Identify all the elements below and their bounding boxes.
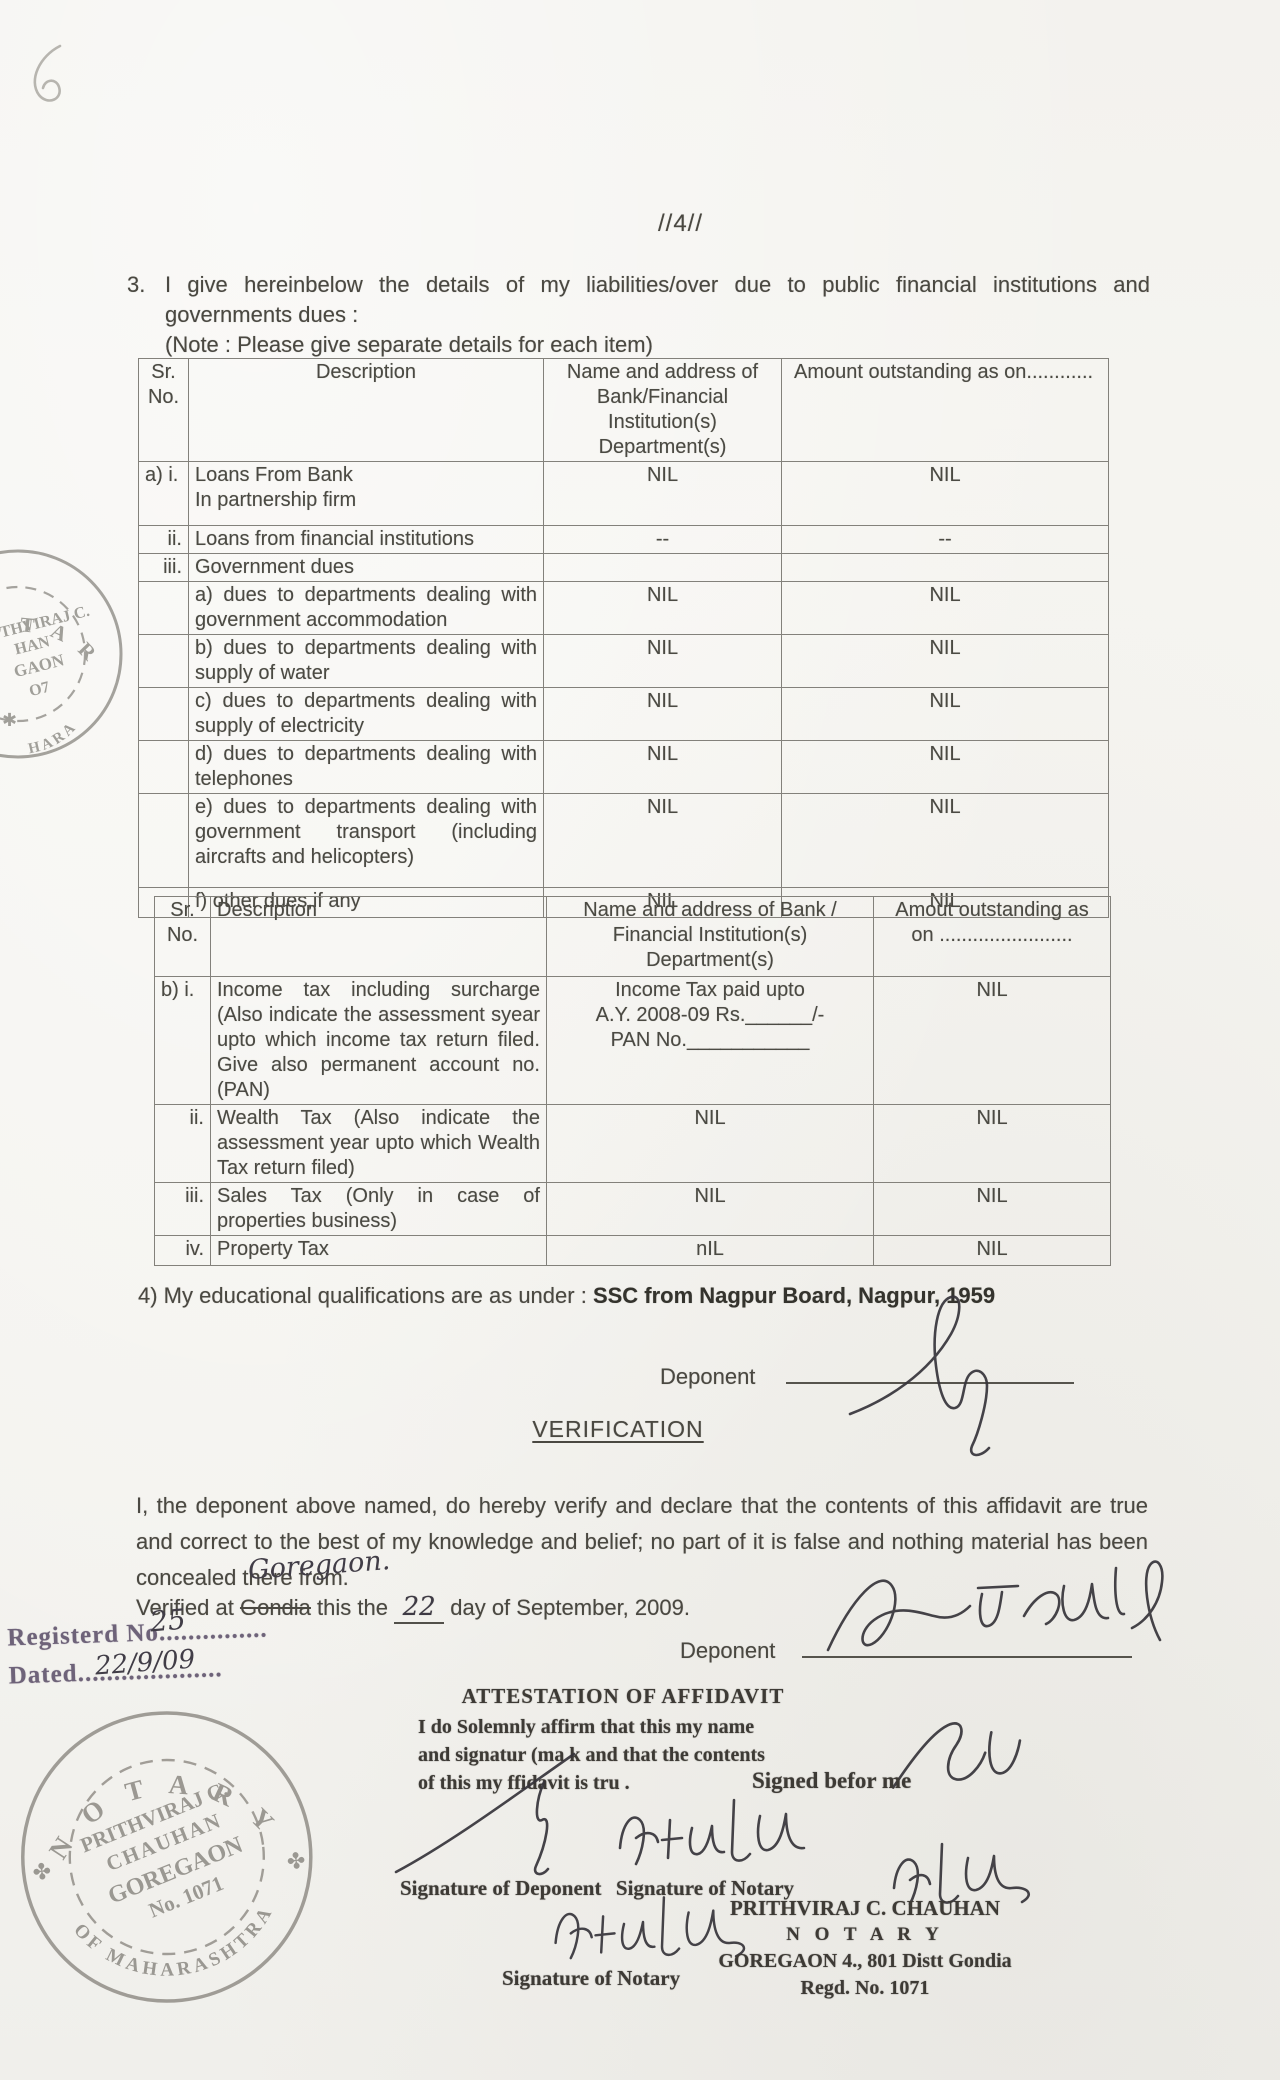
cell-description: Property Tax <box>211 1236 547 1266</box>
cell-amount: NIL <box>782 688 1109 741</box>
cell-amount <box>782 554 1109 582</box>
pencil-mark <box>14 38 84 108</box>
cell-amount: NIL <box>782 462 1109 526</box>
asterisk-icon: ✱ <box>2 710 17 730</box>
partial-notary-stamp: N O T A R Y HARA ✱ THVIRAJ C. HAN GAON O… <box>0 542 150 777</box>
header-amount: Amout outstanding as on ................… <box>874 897 1111 977</box>
cell-amount: NIL <box>782 741 1109 794</box>
cell-description: Sales Tax (Only in case of properties bu… <box>211 1183 547 1236</box>
table-row: b) i. Income tax including surcharge (Al… <box>155 977 1111 1105</box>
notary-regd-no: Regd. No. 1071 <box>720 1977 1010 2000</box>
notary-name: PRITHVIRAJ C. CHAUHAN <box>720 1896 1010 1921</box>
header-bank-name: Name and address of Bank / Financial Ins… <box>547 897 874 977</box>
table-row: a) i. Loans From Bank In partnership fir… <box>139 462 1109 526</box>
section-4-text: 4) My educational qualifications are as … <box>138 1283 587 1308</box>
header-sr-no: Sr. No. <box>155 897 211 977</box>
cell-description: Government dues <box>189 554 544 582</box>
verified-suffix: day of September, 2009. <box>450 1595 690 1620</box>
clover-icon: ✤ <box>31 1858 52 1885</box>
cell-bank: NIL <box>547 1105 874 1183</box>
tax-dues-table: Sr. No. Description Name and address of … <box>154 896 1111 1266</box>
attestation-line-1: I do Solemnly affirm that this my name <box>418 1713 828 1741</box>
cell-sr: b) i. <box>155 977 211 1105</box>
header-description: Description <box>189 359 544 462</box>
cell-description: a) dues to departments dealing with gove… <box>189 582 544 635</box>
liabilities-table: Sr. No. Description Name and address of … <box>138 358 1109 918</box>
attestation-title: ATTESTATION OF AFFIDAVIT <box>418 1684 828 1709</box>
affidavit-page: //4// 3. I give hereinbelow the details … <box>0 0 1280 2080</box>
deponent-signature <box>832 1282 1062 1467</box>
table-row: iv. Property Tax nIL NIL <box>155 1236 1111 1266</box>
cell-description: c) dues to departments dealing with supp… <box>189 688 544 741</box>
cell-amount: -- <box>782 526 1109 554</box>
cell-amount: NIL <box>874 977 1111 1105</box>
cell-amount: NIL <box>874 1105 1111 1183</box>
table-row: c) dues to departments dealing with supp… <box>139 688 1109 741</box>
table-row: b) dues to departments dealing with supp… <box>139 635 1109 688</box>
notary-round-stamp: N O T A R Y OF MAHARASHTRA ✤ ✤ PRITHVIRA… <box>0 1678 348 2041</box>
cell-sr: a) i. <box>139 462 189 526</box>
cell-bank: NIL <box>544 794 782 888</box>
cell-amount: NIL <box>782 635 1109 688</box>
verification-title: VERIFICATION <box>468 1416 768 1443</box>
page-number: //4// <box>658 210 703 238</box>
handwritten-day: 22 <box>394 1592 444 1624</box>
registered-no-label: Registerd No............... <box>7 1615 268 1652</box>
cell-bank <box>544 554 782 582</box>
header-description: Description <box>211 897 547 977</box>
notary-address: GOREGAON 4., 801 Distt Gondia <box>700 1950 1030 1973</box>
header-amount: Amount outstanding as on............ <box>782 359 1109 462</box>
cell-bank: NIL <box>544 688 782 741</box>
section-3-number: 3. <box>127 270 165 360</box>
table-row: iii. Government dues <box>139 554 1109 582</box>
cell-amount: NIL <box>874 1236 1111 1266</box>
table-row: ii. Wealth Tax (Also indicate the assess… <box>155 1105 1111 1183</box>
cell-description: Loans from financial institutions <box>189 526 544 554</box>
signature-of-notary-label-2: Signature of Notary <box>502 1966 680 1991</box>
cell-bank: NIL <box>547 1183 874 1236</box>
cell-description: d) dues to departments dealing with tele… <box>189 741 544 794</box>
cell-bank: NIL <box>544 462 782 526</box>
cell-bank: Income Tax paid upto A.Y. 2008-09 Rs.___… <box>547 977 874 1105</box>
cell-description: b) dues to departments dealing with supp… <box>189 635 544 688</box>
section-3: 3. I give hereinbelow the details of my … <box>127 270 1152 360</box>
cell-bank: NIL <box>544 582 782 635</box>
stamp-regno-fragment: O7 <box>27 679 51 700</box>
cell-description: Loans From Bank In partnership firm <box>189 462 544 526</box>
cell-bank: -- <box>544 526 782 554</box>
header-sr-no: Sr. No. <box>139 359 189 462</box>
cell-description: Income tax including surcharge (Also ind… <box>211 977 547 1105</box>
cell-sr: ii. <box>155 1105 211 1183</box>
cell-description: Wealth Tax (Also indicate the assessment… <box>211 1105 547 1183</box>
deponent-attestation-signature <box>392 1748 607 1883</box>
header-bank-name: Name and address of Bank/Financial Insti… <box>544 359 782 462</box>
deponent-label: Deponent <box>660 1364 755 1389</box>
cell-amount: NIL <box>874 1183 1111 1236</box>
notary-title: N O T A R Y <box>720 1924 1010 1946</box>
cell-bank: NIL <box>544 741 782 794</box>
table-row: iii. Sales Tax (Only in case of properti… <box>155 1183 1111 1236</box>
cell-description: e) dues to departments dealing with gove… <box>189 794 544 888</box>
clover-icon: ✤ <box>286 1848 307 1875</box>
cell-amount: NIL <box>782 582 1109 635</box>
handwritten-registered-no: 25 <box>149 1603 187 1639</box>
cell-sr: iii. <box>155 1183 211 1236</box>
cell-sr <box>139 794 189 888</box>
notary-flourish-signature <box>882 1716 1027 1808</box>
table-header-row: Sr. No. Description Name and address of … <box>139 359 1109 462</box>
table-row: d) dues to departments dealing with tele… <box>139 741 1109 794</box>
cell-bank: NIL <box>544 635 782 688</box>
cell-sr: iv. <box>155 1236 211 1266</box>
section-3-text: I give hereinbelow the details of my lia… <box>165 270 1150 360</box>
signed-before-me-label: Signed befor me <box>752 1768 911 1794</box>
deponent-signature-2 <box>820 1528 1190 1718</box>
notary-signature-1 <box>612 1786 812 1886</box>
deponent-label: Deponent <box>680 1638 775 1663</box>
table-row: e) dues to departments dealing with gove… <box>139 794 1109 888</box>
cell-amount: NIL <box>782 794 1109 888</box>
table-row: a) dues to departments dealing with gove… <box>139 582 1109 635</box>
table-row: ii. Loans from financial institutions --… <box>139 526 1109 554</box>
cell-bank: nIL <box>547 1236 874 1266</box>
table-header-row: Sr. No. Description Name and address of … <box>155 897 1111 977</box>
verified-mid: this the <box>317 1595 388 1620</box>
